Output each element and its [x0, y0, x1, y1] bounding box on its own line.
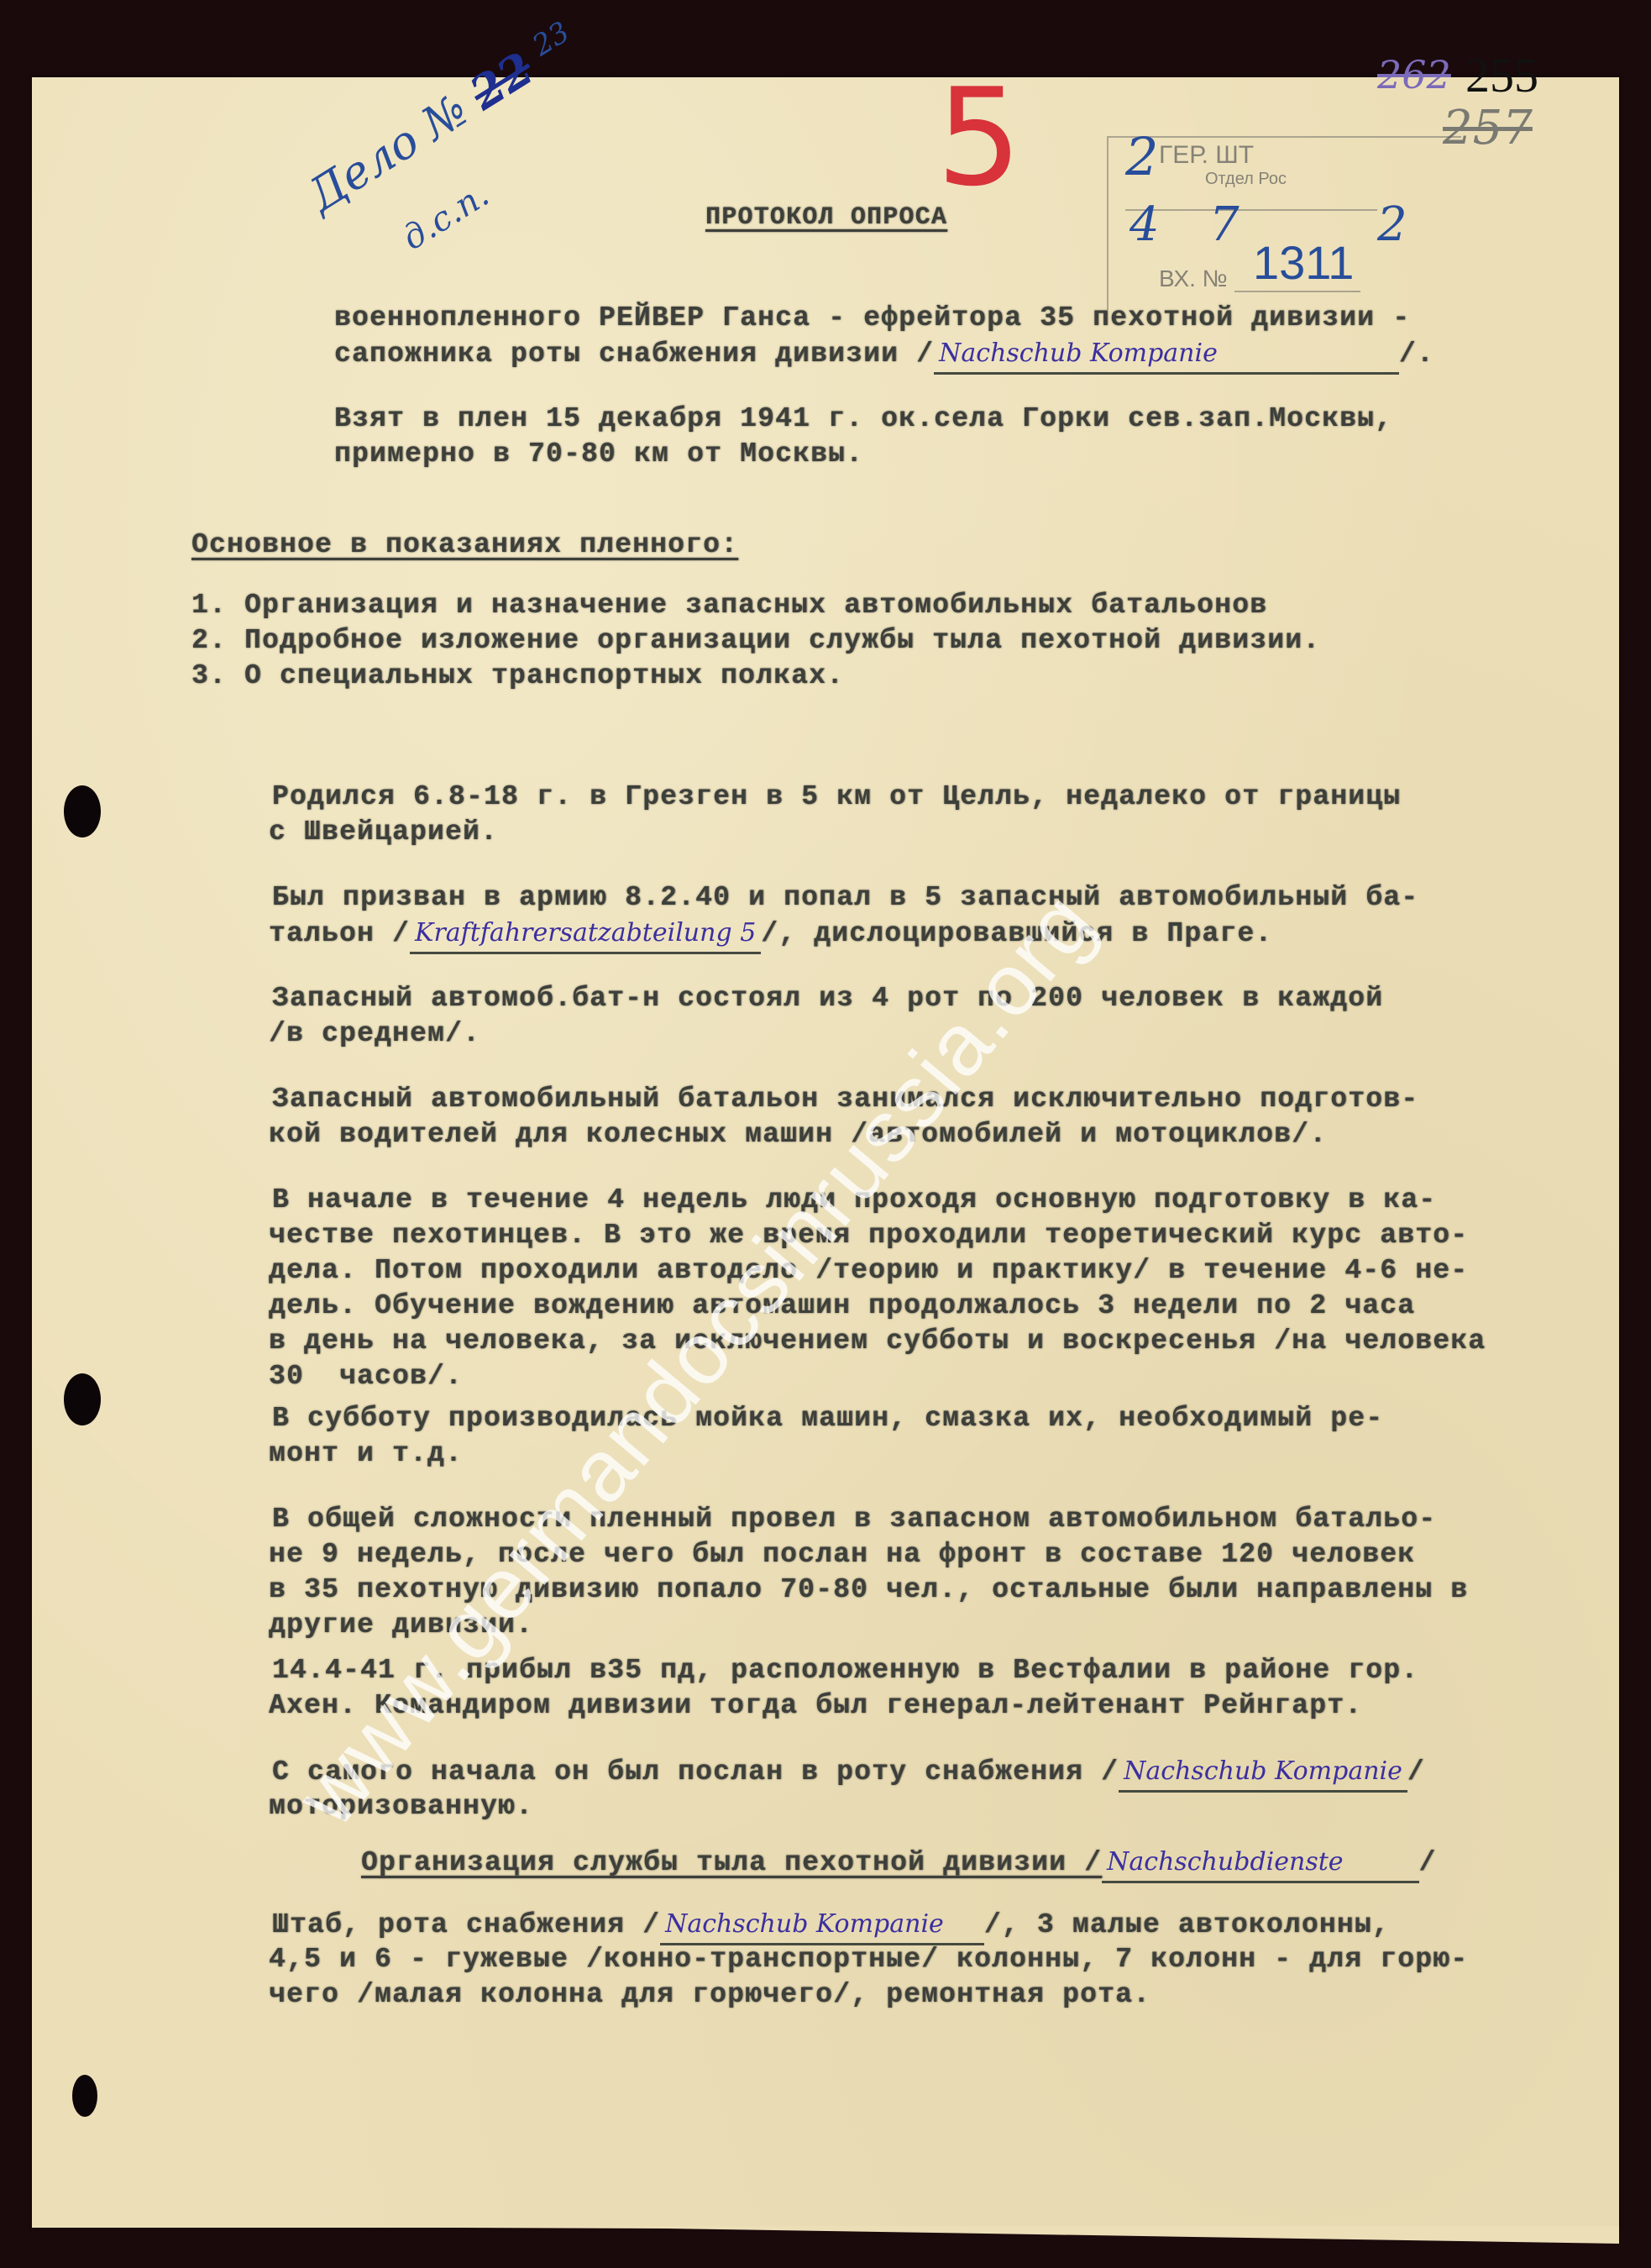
body-line: Штаб, рота снабжения /Nachschub Kompanie… — [202, 1907, 1390, 1945]
body-line: дела. Потом проходили автодело /теорию и… — [269, 1253, 1468, 1289]
captured-line-2: примерно в 70-80 км от Москвы. — [334, 437, 863, 472]
body-line: тальон /Kraftfahrersatzabteilung 5/, дис… — [269, 916, 1272, 954]
body-line: в 35 пехотную дивизию попало 70-80 чел.,… — [269, 1572, 1468, 1608]
body-line: /в среднем/. — [269, 1016, 480, 1052]
summary-item: 2. Подробное изложение организации служб… — [191, 623, 1320, 659]
summary-heading: Основное в показаниях пленного: — [191, 528, 738, 563]
body-line: 4,5 и 6 - гужевые /конно-транспортные/ к… — [269, 1942, 1468, 1977]
body-line: В начале в течение 4 недель люди проходя… — [202, 1183, 1436, 1218]
body-line: монт и т.д. — [269, 1436, 463, 1472]
body-line: С самого начала он был послан в роту сна… — [202, 1754, 1425, 1793]
handwritten-german-term: Nachschub Kompanie — [1124, 1756, 1402, 1786]
body-line: не 9 недель, после чего был послан на фр… — [269, 1537, 1415, 1572]
body-line: Запасный автомоб.бат-н состоял из 4 рот … — [202, 981, 1383, 1016]
handwritten-german-term: Nachschub Kompanie — [939, 339, 1218, 368]
stamp-incoming-number: 1311 — [1253, 235, 1354, 290]
folio-number: 255 — [1465, 47, 1538, 103]
body-line: Ахен. Командиром дивизии тогда был генер… — [269, 1688, 1362, 1724]
body-line: дель. Обучение вождению автомашин продол… — [269, 1289, 1415, 1324]
body-line: 14.4-41 г. прибыл в35 пд, расположенную … — [202, 1653, 1418, 1688]
body-line: другие дивизии. — [269, 1608, 533, 1643]
body-line: чего /малая колонна для горючего/, ремон… — [269, 1977, 1150, 2013]
captured-line-1: Взят в плен 15 декабря 1941 г. ок.села Г… — [334, 402, 1392, 437]
punch-hole — [64, 1373, 101, 1425]
stamp-date-month: 7 — [1209, 197, 1240, 252]
document-title: ПРОТОКОЛ ОПРОСА — [705, 200, 947, 235]
red-page-number: 5 — [936, 59, 1022, 216]
body-line: честве пехотинцев. В это же время проход… — [269, 1218, 1468, 1253]
punch-hole — [64, 785, 101, 837]
body-line: Запасный автомобильный батальон занималс… — [202, 1082, 1418, 1117]
punch-hole — [72, 2075, 97, 2117]
body-line: 30 часов/. — [269, 1359, 463, 1394]
document-page — [32, 77, 1619, 2228]
section-heading: Организация службы тыла пехотной дивизии… — [361, 1845, 1437, 1883]
summary-item: 1. Организация и назначение запасных авт… — [191, 588, 1267, 623]
handwritten-german-term: Kraftfahrersatzabteilung 5 — [415, 918, 756, 948]
intro-line-1: военнопленного РЕЙВЕР Ганса - ефрейтора … — [334, 301, 1410, 336]
body-line: в день на человека, за исключением суббо… — [269, 1324, 1486, 1359]
case-number: 23 — [527, 15, 575, 63]
body-line: кой водителей для колесных машин /автомо… — [269, 1117, 1327, 1152]
stamp-date-day: 4 — [1129, 197, 1160, 252]
body-line: Был призван в армию 8.2.40 и попал в 5 з… — [202, 880, 1418, 916]
handwritten-german-term: Nachschubdienste — [1107, 1847, 1343, 1877]
stamp-date-year: 2 — [1377, 197, 1407, 252]
folio-crossed: 262 — [1377, 52, 1451, 97]
body-line: Родился 6.8-18 г. в Грезген в 5 км от Це… — [202, 780, 1401, 815]
body-line: В субботу производилась мойка машин, сма… — [202, 1401, 1383, 1436]
body-line: с Швейцарией. — [269, 815, 498, 850]
stamp-hand-number: 2 — [1125, 126, 1158, 187]
summary-item: 3. О специальных транспортных полках. — [191, 659, 844, 694]
body-line: моторизованную. — [269, 1789, 533, 1824]
handwritten-german-term: Nachschub Kompanie — [665, 1909, 944, 1939]
body-line: В общей сложности пленный провел в запас… — [202, 1502, 1436, 1537]
intro-line-2: сапожника роты снабжения дивизии /Nachsc… — [334, 336, 1434, 375]
